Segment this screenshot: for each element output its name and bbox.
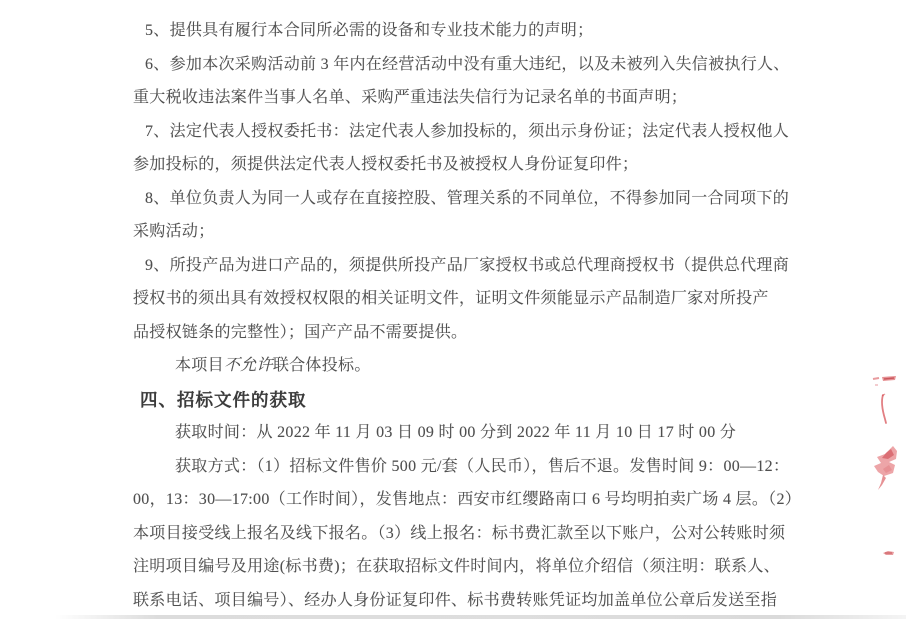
document-line: 品授权链条的完整性）；国产产品不需要提供。 xyxy=(133,322,467,344)
section-heading: 四、招标文件的获取 xyxy=(140,389,307,411)
document-line: 6、参加本次采购活动前 3 年内在经营活动中没有重大违纪，以及未被列入失信被执行… xyxy=(145,54,790,76)
document-line: 9、所投产品为进口产品的，须提供所投产品厂家授权书或总代理商授权书（提供总代理商 xyxy=(145,255,789,277)
document-line: 00，13：30—17:00（工作时间），发售地点：西安市红缨路南口 6 号均明… xyxy=(133,489,801,511)
red-ink-blob-icon xyxy=(869,445,899,493)
red-ink-dashes-icon xyxy=(872,373,898,388)
document-line: 采购活动； xyxy=(133,221,215,243)
document-line: 授权书的须出具有效授权权限的相关证明文件，证明文件须能显示产品制造厂家对所投产 xyxy=(133,288,769,310)
document-line: 本项目接受线上报名及线下报名。（3）线上报名：标书费汇款至以下账户，公对公转账时… xyxy=(133,523,785,545)
document-line: 本项目不允许联合体投标。 xyxy=(175,355,371,377)
document-line: 参加投标的，须提供法定代表人授权委托书及被授权人身份证复印件； xyxy=(133,154,638,176)
document-page: 5、提供具有履行本合同所必需的设备和专业技术能力的声明；6、参加本次采购活动前 … xyxy=(0,0,906,619)
document-line: 5、提供具有履行本合同所必需的设备和专业技术能力的声明； xyxy=(145,20,593,42)
document-line: 获取方式：（1）招标文件售价 500 元/套（人民币），售后不退。发售时间 9：… xyxy=(175,456,789,478)
document-line: 8、单位负责人为同一人或存在直接控股、管理关系的不同单位，不得参加同一合同项下的 xyxy=(145,188,789,210)
document-line: 7、法定代表人授权委托书：法定代表人参加投标的，须出示身份证；法定代表人授权他人 xyxy=(145,121,789,143)
document-line: 联系电话、项目编号）、经办人身份证复印件、标书费转账凭证均加盖单位公章后发送至指 xyxy=(133,590,777,612)
document-line: 重大税收违法案件当事人名单、采购严重违法失信行为记录名单的书面声明； xyxy=(133,87,687,109)
document-line: 注明项目编号及用途(标书费)；在获取招标文件时间内，将单位介绍信（须注明：联系人… xyxy=(133,556,780,578)
document-line: 获取时间：从 2022 年 11 月 03 日 09 时 00 分到 2022 … xyxy=(175,422,736,444)
scan-artifact-bottom xyxy=(55,615,906,619)
red-ink-stroke-icon xyxy=(876,393,890,425)
red-ink-dot-icon xyxy=(881,548,897,558)
